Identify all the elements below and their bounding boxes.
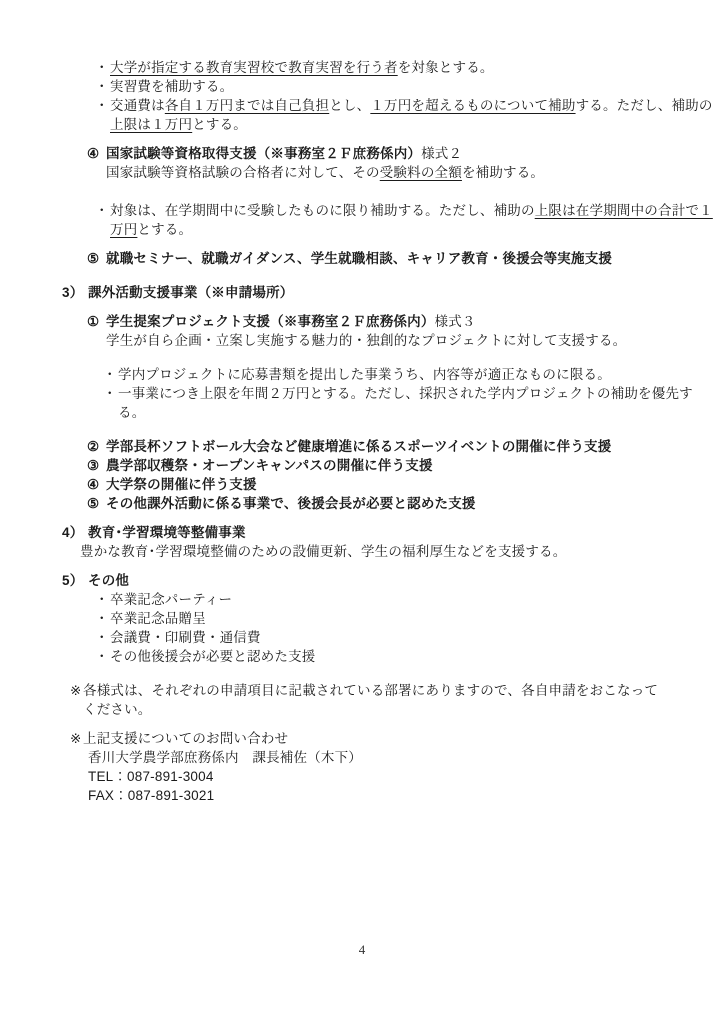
text-content: 香川大学農学部庶務係内 課長補佐（木下） <box>88 748 718 767</box>
numbered-item-heading: ④大学祭の開催に伴う支援 <box>0 475 718 494</box>
text-span: 農学部収穫祭・オープンキャンパスの開催に伴う支援 <box>106 458 433 473</box>
underlined-text: 上限は在学期間中の合計で１ <box>535 203 713 218</box>
numbered-item-heading: ①学生提案プロジェクト支援（※事務室２Ｆ庶務係内）様式３ <box>0 312 718 331</box>
note-continuation-line: ください。 <box>0 700 718 719</box>
text-content: 教育･学習環境等整備事業 <box>88 523 718 542</box>
list-marker: ・ <box>95 96 110 115</box>
text-content: その他課外活動に係る事業で、後援会長が必要と認めた支援 <box>106 494 718 513</box>
list-marker: ※ <box>70 681 83 700</box>
item-body-line: 国家試験等資格試験の合格者に対して、その受験料の全額を補助する。 <box>0 163 718 182</box>
text-span: を対象とする。 <box>398 60 494 75</box>
list-marker: 4） <box>62 523 88 542</box>
text-content: ください。 <box>83 700 718 719</box>
text-content: 交通費は各自１万円までは自己負担とし、１万円を超えるものについて補助する。ただし… <box>110 96 718 134</box>
text-content: 学内プロジェクトに応募書類を提出した事業うち、内容等が適正なものに限る。 <box>118 365 718 384</box>
item-body-line: 学生が自ら企画・立案し実施する魅力的・独創的なプロジェクトに対して支援する。 <box>0 331 718 350</box>
text-span: 交通費は <box>110 98 165 113</box>
underlined-text: 上限は１万円 <box>110 117 192 132</box>
list-marker: ① <box>87 312 106 331</box>
text-content: その他後援会が必要と認めた支援 <box>110 647 718 666</box>
list-marker: ④ <box>87 475 106 494</box>
list-marker: ⑤ <box>87 249 106 268</box>
text-content: 国家試験等資格試験の合格者に対して、その受験料の全額を補助する。 <box>106 163 718 182</box>
list-marker: ② <box>87 437 106 456</box>
list-marker: ・ <box>95 77 110 96</box>
bullet-line: ・実習費を補助する。 <box>0 77 718 96</box>
text-content: 農学部収穫祭・オープンキャンパスの開催に伴う支援 <box>106 456 718 475</box>
underlined-text: 各自１万円までは自己負担 <box>165 98 329 113</box>
text-content: 会議費・印刷費・通信費 <box>110 628 718 647</box>
list-marker: ③ <box>87 456 106 475</box>
text-content: 学生が自ら企画・立案し実施する魅力的・独創的なプロジェクトに対して支援する。 <box>106 331 718 350</box>
text-span: 卒業記念パーティー <box>110 592 232 607</box>
section-body-line: 豊かな教育･学習環境整備のための設備更新、学生の福利厚生などを支援する。 <box>0 542 718 561</box>
text-span: 大学祭の開催に伴う支援 <box>106 477 257 492</box>
text-span: とする。 <box>192 117 247 132</box>
contact-line: TEL：087-891-3004 <box>0 767 718 786</box>
underlined-text: 大学が指定する教育実習校で教育実習を行う者 <box>110 60 398 75</box>
bullet-line: ・卒業記念品贈呈 <box>0 609 718 628</box>
text-content: 大学が指定する教育実習校で教育実習を行う者を対象とする。 <box>110 58 718 77</box>
bullet-line: ・対象は、在学期間中に受験したものに限り補助する。ただし、補助の上限は在学期間中… <box>0 201 718 239</box>
underlined-text: 万円 <box>110 222 137 237</box>
text-content: 各様式は、それぞれの申請項目に記載されている部署にありますので、各自申請をおこな… <box>83 681 718 700</box>
text-content: 課外活動支援事業（※申請場所） <box>88 283 718 302</box>
text-span: を補助する。 <box>462 165 544 180</box>
text-content: 国家試験等資格取得支援（※事務室２Ｆ庶務係内）様式２ <box>106 144 718 163</box>
text-content: 学部長杯ソフトボール大会など健康増進に係るスポーツイベントの開催に伴う支援 <box>106 437 718 456</box>
bullet-line: ・大学が指定する教育実習校で教育実習を行う者を対象とする。 <box>0 58 718 77</box>
text-span: 国家試験等資格試験の合格者に対して、その <box>106 165 380 180</box>
text-span: ください。 <box>83 702 152 717</box>
text-span: 豊かな教育･学習環境整備のための設備更新、学生の福利厚生などを支援する。 <box>80 544 566 559</box>
bullet-line: ・その他後援会が必要と認めた支援 <box>0 647 718 666</box>
contact-line: FAX：087-891-3021 <box>0 786 718 805</box>
text-span: する。ただし、補助の <box>576 98 713 113</box>
sub-bullet-line: ・一事業につき上限を年間２万円とする。ただし、採択された学内プロジェクトの補助を… <box>0 384 718 422</box>
bullet-line: ・交通費は各自１万円までは自己負担とし、１万円を超えるものについて補助する。ただ… <box>0 96 718 134</box>
list-marker: ※ <box>70 729 83 748</box>
text-span: 香川大学農学部庶務係内 課長補佐（木下） <box>88 750 362 765</box>
numbered-item-heading: ⑤その他課外活動に係る事業で、後援会長が必要と認めた支援 <box>0 494 718 513</box>
text-span: TEL：087-891-3004 <box>88 769 214 784</box>
text-content: その他 <box>88 571 718 590</box>
list-marker: 5） <box>62 571 88 590</box>
numbered-item-heading: ④国家試験等資格取得支援（※事務室２Ｆ庶務係内）様式２ <box>0 144 718 163</box>
text-content: 大学祭の開催に伴う支援 <box>106 475 718 494</box>
text-span: 学生提案プロジェクト支援（※事務室２Ｆ庶務係内） <box>106 314 435 329</box>
document-body: ・大学が指定する教育実習校で教育実習を行う者を対象とする。・実習費を補助する。・… <box>0 58 718 805</box>
bullet-line: ・卒業記念パーティー <box>0 590 718 609</box>
text-span: FAX：087-891-3021 <box>88 788 214 803</box>
text-span: 就職セミナー、就職ガイダンス、学生就職相談、キャリア教育・後援会等実施支援 <box>106 251 612 266</box>
list-marker: ・ <box>95 647 110 666</box>
text-span: 会議費・印刷費・通信費 <box>110 630 261 645</box>
section-heading: 3）課外活動支援事業（※申請場所） <box>0 283 718 302</box>
underlined-text: １万円を超えるものについて補助 <box>370 98 575 113</box>
text-span: 実習費を補助する。 <box>110 79 233 94</box>
text-span: 教育･学習環境等整備事業 <box>88 525 246 540</box>
list-marker: ・ <box>103 384 118 403</box>
document-page: ・大学が指定する教育実習校で教育実習を行う者を対象とする。・実習費を補助する。・… <box>0 0 724 1024</box>
text-span: 卒業記念品贈呈 <box>110 611 206 626</box>
text-content: 豊かな教育･学習環境整備のための設備更新、学生の福利厚生などを支援する。 <box>80 542 718 561</box>
list-marker: ・ <box>95 609 110 628</box>
list-marker: ④ <box>87 144 106 163</box>
text-span: 課外活動支援事業（※申請場所） <box>88 285 294 300</box>
sub-bullet-line: ・学内プロジェクトに応募書類を提出した事業うち、内容等が適正なものに限る。 <box>0 365 718 384</box>
text-content: 卒業記念パーティー <box>110 590 718 609</box>
text-content: FAX：087-891-3021 <box>88 786 718 805</box>
text-span: 学生が自ら企画・立案し実施する魅力的・独創的なプロジェクトに対して支援する。 <box>106 333 626 348</box>
list-marker: ・ <box>103 365 118 384</box>
text-content: 学生提案プロジェクト支援（※事務室２Ｆ庶務係内）様式３ <box>106 312 718 331</box>
text-span: その他後援会が必要と認めた支援 <box>110 649 316 664</box>
text-span: とし、 <box>329 98 370 113</box>
note-line: ※上記支援についてのお問い合わせ <box>0 729 718 748</box>
list-marker: ・ <box>95 58 110 77</box>
text-content: 一事業につき上限を年間２万円とする。ただし、採択された学内プロジェクトの補助を優… <box>118 384 718 422</box>
text-span: その他課外活動に係る事業で、後援会長が必要と認めた支援 <box>106 496 476 511</box>
text-span: 一事業につき上限を年間２万円とする。ただし、採択された学内プロジェクトの補助を優… <box>118 386 693 420</box>
contact-line: 香川大学農学部庶務係内 課長補佐（木下） <box>0 748 718 767</box>
text-span: 様式２ <box>421 146 462 161</box>
text-content: 実習費を補助する。 <box>110 77 718 96</box>
text-content: 就職セミナー、就職ガイダンス、学生就職相談、キャリア教育・後援会等実施支援 <box>106 249 718 268</box>
list-marker: ・ <box>95 628 110 647</box>
list-marker: 3） <box>62 283 88 302</box>
text-span: その他 <box>88 573 129 588</box>
text-span: とする。 <box>137 222 192 237</box>
text-content: 卒業記念品贈呈 <box>110 609 718 628</box>
list-marker: ・ <box>95 201 110 220</box>
bullet-line: ・会議費・印刷費・通信費 <box>0 628 718 647</box>
numbered-item-heading: ②学部長杯ソフトボール大会など健康増進に係るスポーツイベントの開催に伴う支援 <box>0 437 718 456</box>
section-heading: 4）教育･学習環境等整備事業 <box>0 523 718 542</box>
note-line: ※各様式は、それぞれの申請項目に記載されている部署にありますので、各自申請をおこ… <box>0 681 718 700</box>
underlined-text: 受験料の全額 <box>380 165 462 180</box>
list-marker: ・ <box>95 590 110 609</box>
text-span: 対象は、在学期間中に受験したものに限り補助する。ただし、補助の <box>110 203 535 218</box>
numbered-item-heading: ⑤就職セミナー、就職ガイダンス、学生就職相談、キャリア教育・後援会等実施支援 <box>0 249 718 268</box>
numbered-item-heading: ③農学部収穫祭・オープンキャンパスの開催に伴う支援 <box>0 456 718 475</box>
text-span: 様式３ <box>435 314 476 329</box>
text-span: 上記支援についてのお問い合わせ <box>83 731 288 746</box>
text-span: 国家試験等資格取得支援（※事務室２Ｆ庶務係内） <box>106 146 421 161</box>
text-content: 対象は、在学期間中に受験したものに限り補助する。ただし、補助の上限は在学期間中の… <box>110 201 718 239</box>
list-marker: ⑤ <box>87 494 106 513</box>
page-number: 4 <box>0 942 724 958</box>
text-span: 学部長杯ソフトボール大会など健康増進に係るスポーツイベントの開催に伴う支援 <box>106 439 611 454</box>
section-heading: 5）その他 <box>0 571 718 590</box>
text-span: 各様式は、それぞれの申請項目に記載されている部署にありますので、各自申請をおこな… <box>83 683 658 698</box>
text-content: 上記支援についてのお問い合わせ <box>83 729 718 748</box>
text-content: TEL：087-891-3004 <box>88 767 718 786</box>
text-span: 学内プロジェクトに応募書類を提出した事業うち、内容等が適正なものに限る。 <box>118 367 611 382</box>
